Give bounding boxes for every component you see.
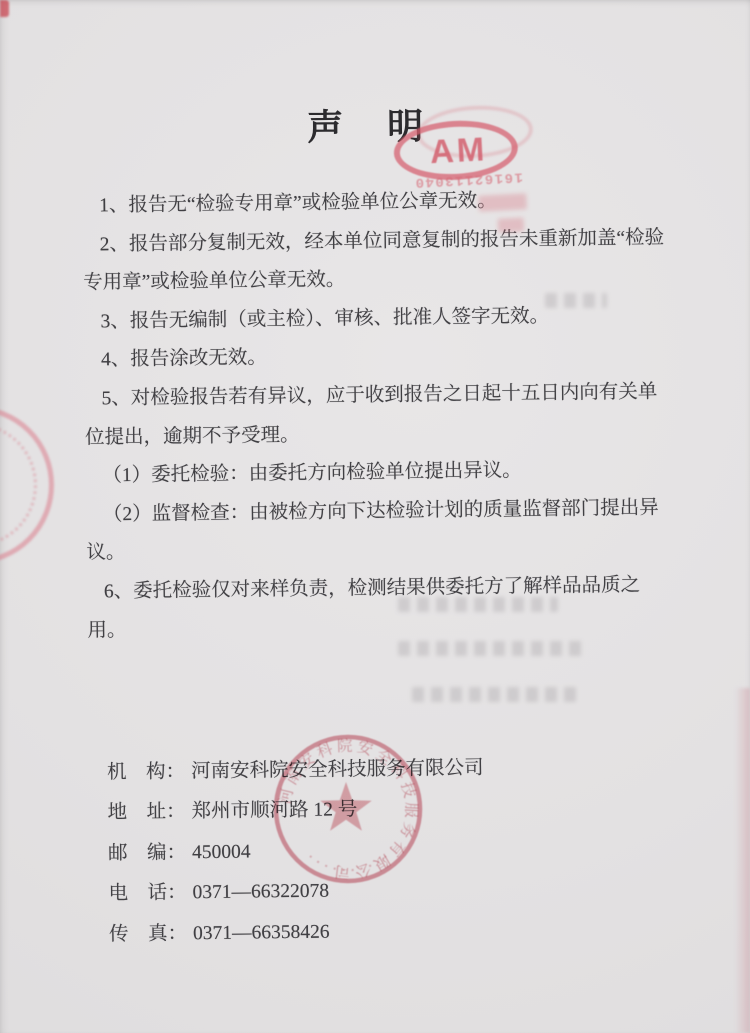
statement-item-5-2: （2）监督检查：由被检方向下达检验计划的质量监督部门提出异议。 <box>86 489 677 573</box>
statement-list: 1、报告无“检验专用章”或检验单位公章无效。 2、报告部分复制无效，经本单位同意… <box>82 180 678 650</box>
red-ink-smudge <box>497 217 524 232</box>
right-edge-ink-tint <box>735 688 750 1033</box>
cma-accreditation-stamp: MA 16162113040 <box>390 108 556 236</box>
seal-star-icon <box>320 782 371 831</box>
statement-item-5: 5、对检验报告若有异议，应于收到报告之日起十五日内向有关单位提出，逾期不予受理。 <box>84 373 675 457</box>
statement-item-2: 2、报告部分复制无效，经本单位同意复制的报告未重新加盖“检验专用章”或检验单位公… <box>82 219 673 303</box>
bleedthrough-text-blob <box>412 687 578 702</box>
zip-label: 邮 编： <box>108 842 186 864</box>
ghost-seal-inner-ring <box>0 423 37 547</box>
bleedthrough-text-blob <box>545 293 607 308</box>
fax-value: 0371—66358426 <box>193 921 330 944</box>
org-label: 机 构： <box>107 761 185 783</box>
bleedthrough-text-blob <box>398 641 584 656</box>
scanned-statement-page: 声明 1、报告无“检验专用章”或检验单位公章无效。 2、报告部分复制无效，经本单… <box>0 0 750 1033</box>
zip-value: 450004 <box>192 841 251 863</box>
red-corner-speck <box>0 0 9 17</box>
statement-item-6: 6、委托检验仅对来样负责，检测结果供委托方了解样品品质之用。 <box>87 566 678 650</box>
phone-label: 电 话： <box>108 883 186 905</box>
fax-label: 传 真： <box>109 923 187 945</box>
bleedthrough-text-blob <box>398 597 558 612</box>
cma-mark-text: MA <box>426 132 485 168</box>
address-label: 地 址： <box>107 802 185 824</box>
contact-row-fax: 传 真：0371—66358426 <box>109 910 486 955</box>
company-seal-stamp: 河南安科院安全科技服务有限公司 <box>270 731 426 887</box>
red-ink-smudge <box>478 193 527 211</box>
